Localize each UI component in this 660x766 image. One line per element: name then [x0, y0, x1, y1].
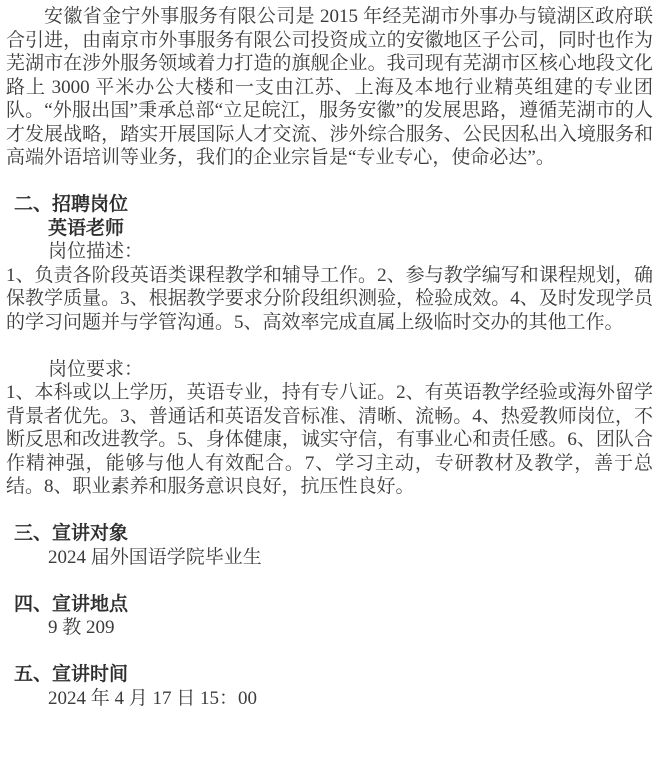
- blank-line: [6, 569, 653, 593]
- section5-presentation-time-heading: 五、宣讲时间: [6, 663, 653, 687]
- presentation-time-text: 2024 年 4 月 17 日 15：00: [6, 687, 653, 711]
- blank-line: [6, 640, 653, 664]
- section1-company-profile-heading-clipped: 一、公司简介: [13, 0, 127, 4]
- blank-line: [6, 499, 653, 523]
- job-requirements-label: 岗位要求：: [6, 358, 653, 382]
- blank-line: [6, 334, 653, 358]
- section3-presentation-audience-heading: 三、宣讲对象: [6, 522, 653, 546]
- presentation-audience-text: 2024 届外国语学院毕业生: [6, 546, 653, 570]
- section2-recruitment-positions-heading: 二、招聘岗位: [6, 193, 653, 217]
- blank-line: [6, 170, 653, 194]
- job-requirements-text: 1、本科或以上学历，英语专业，持有专八证。2、有英语教学经验或海外留学背景者优先…: [6, 381, 653, 499]
- job-description-text: 1、负责各阶段英语类课程教学和辅导工作。2、参与教学编写和课程规划，确保教学质量…: [6, 264, 653, 335]
- company-intro-paragraph: 安徽省金宁外事服务有限公司是 2015 年经芜湖市外事办与镜湖区政府联合引进，由…: [6, 5, 653, 170]
- presentation-location-text: 9 教 209: [6, 616, 653, 640]
- document-page: 一、公司简介 安徽省金宁外事服务有限公司是 2015 年经芜湖市外事办与镜湖区政…: [0, 0, 660, 766]
- section4-presentation-location-heading: 四、宣讲地点: [6, 593, 653, 617]
- job-description-label: 岗位描述：: [6, 240, 653, 264]
- position-title-english-teacher: 英语老师: [6, 217, 653, 241]
